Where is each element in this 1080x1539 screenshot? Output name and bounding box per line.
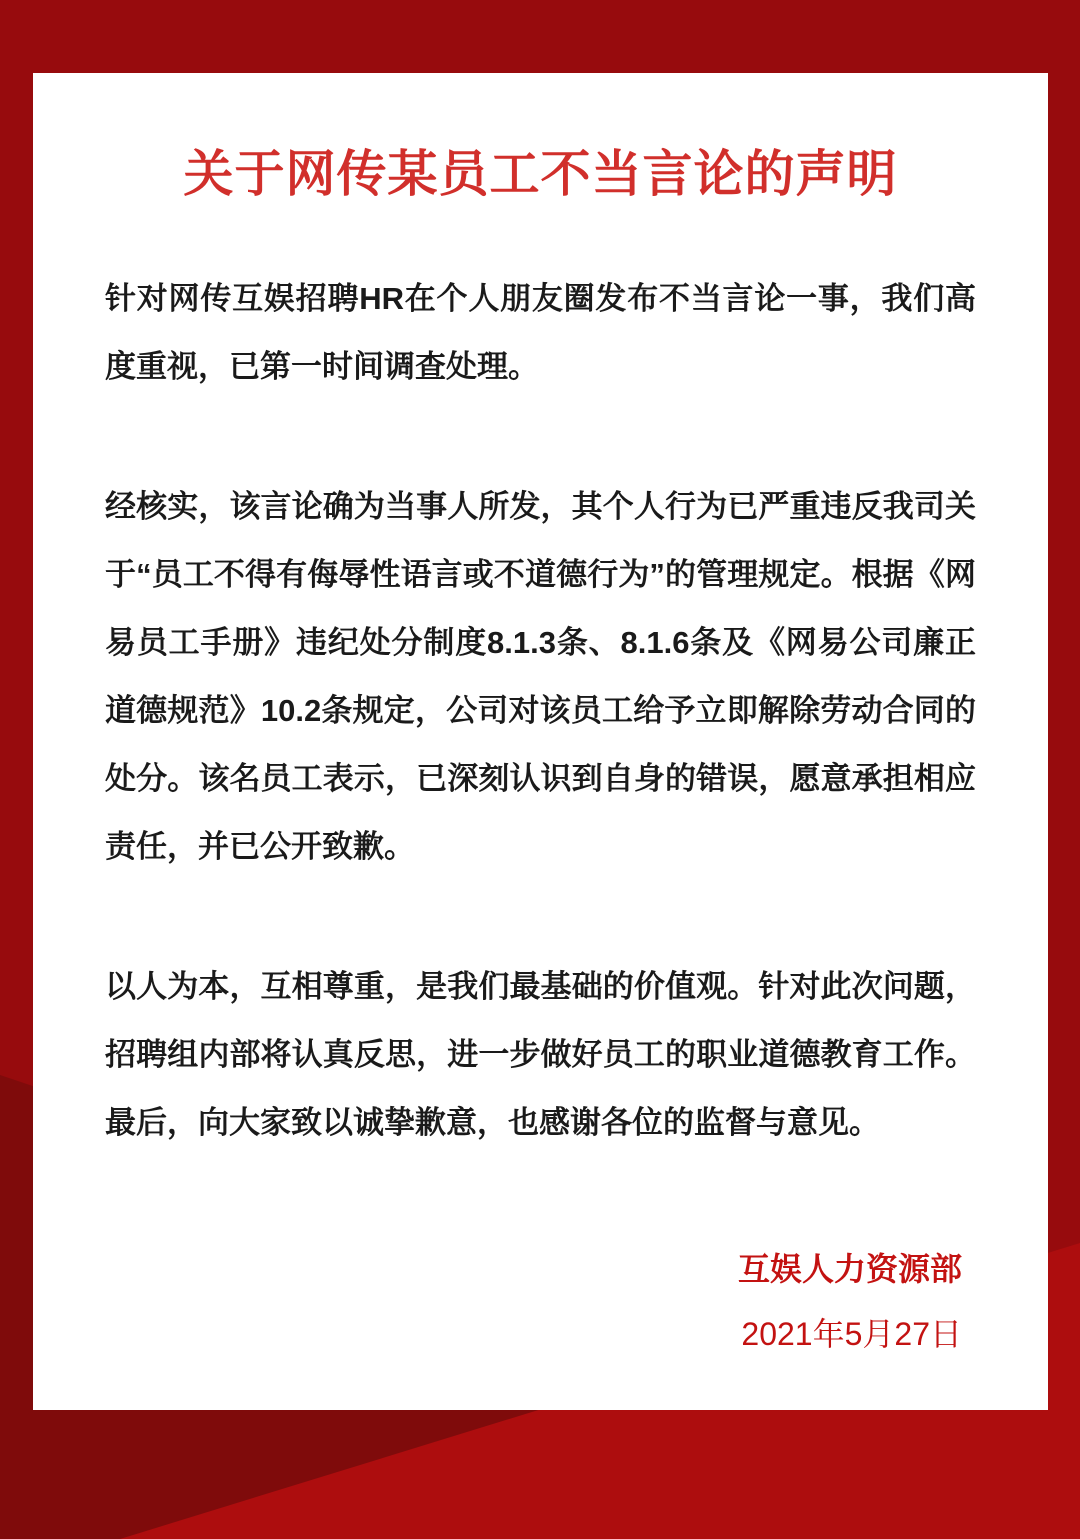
signature-department: 互娱人力资源部 [105,1237,962,1302]
statement-title: 关于网传某员工不当言论的声明 [105,145,976,203]
statement-card: 关于网传某员工不当言论的声明 针对网传互娱招聘HR在个人朋友圈发布不当言论一事，… [33,73,1048,1410]
signature-date: 2021年5月27日 [105,1302,962,1367]
statement-body: 针对网传互娱招聘HR在个人朋友圈发布不当言论一事，我们高度重视，已第一时间调查处… [105,265,976,1157]
statement-page: 关于网传某员工不当言论的声明 针对网传互娱招聘HR在个人朋友圈发布不当言论一事，… [0,0,1080,1539]
statement-paragraph-3: 以人为本，互相尊重，是我们最基础的价值观。针对此次问题，招聘组内部将认真反思，进… [105,953,976,1157]
statement-paragraph-2: 经核实，该言论确为当事人所发，其个人行为已严重违反我司关于“员工不得有侮辱性语言… [105,473,976,881]
signature-block: 互娱人力资源部 2021年5月27日 [105,1237,976,1367]
statement-paragraph-1: 针对网传互娱招聘HR在个人朋友圈发布不当言论一事，我们高度重视，已第一时间调查处… [105,265,976,401]
